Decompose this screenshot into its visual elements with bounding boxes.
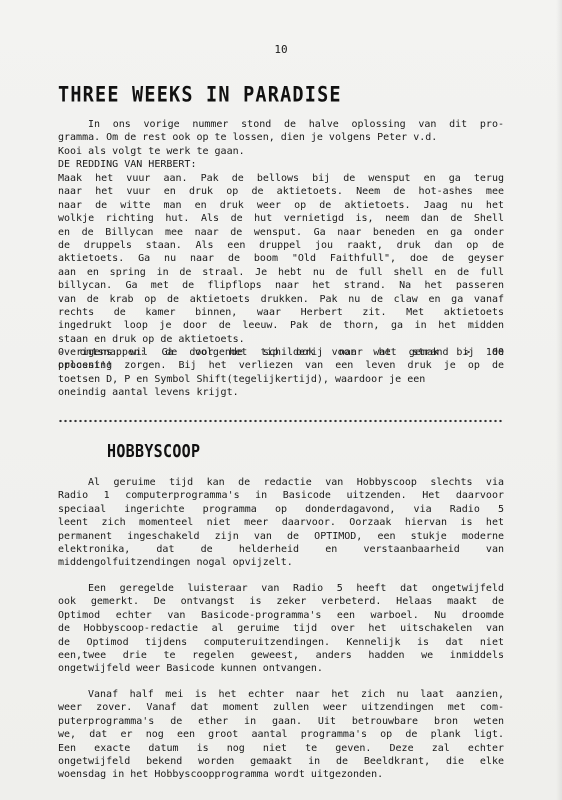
text-line: ingedrukt loop je door de leeuw. Pak de … [58, 319, 504, 332]
text-line: elektronika, dat de helderheid en versta… [58, 543, 504, 556]
text-line: staan en druk op de aktietoets. [58, 333, 504, 346]
text-line: naar de witte man en druk weer op de akt… [58, 199, 504, 212]
text-line: Optimod echter van Basicode-programma's … [58, 609, 504, 622]
text-line: Vanaf half mei is het echter naar het zi… [58, 688, 504, 701]
text-line: Kooi als volgt te werk te gaan. [58, 145, 504, 158]
text-line: rechts de kamer binnen, waar Herbert zit… [58, 306, 504, 319]
text-line: DE REDDING VAN HERBERT: [58, 158, 504, 171]
text-line: een,twee drie te regelen geweest, anders… [58, 649, 504, 662]
text-line: van de krab op de aktietoets drukken. Pa… [58, 293, 504, 306]
text-line: Een geregelde luisteraar van Radio 5 hee… [58, 582, 504, 595]
text-line: ongetwijfeld weer Basicode kunnen ontvan… [58, 662, 504, 675]
page-number: 10 [0, 43, 562, 56]
text-line: de Optimod tijdens computeruitzendingen.… [58, 636, 504, 649]
article1-tip: Overigens wil de volgende tip ook voor w… [58, 346, 504, 400]
article2-paragraph-3: Vanaf half mei is het echter naar het zi… [58, 688, 504, 782]
text-line: de Hobbyscoop-redactie al geruime tijd o… [58, 622, 504, 635]
article-title-three-weeks: THREE WEEKS IN PARADISE [58, 83, 342, 107]
section-divider [58, 419, 504, 423]
page-edge-shadow [556, 0, 562, 800]
text-line: Radio 1 computerprogramma's in Basicode … [58, 489, 504, 502]
text-line: billycan. Ga met de flipflops naar het s… [58, 279, 504, 292]
text-line: oplossing zorgen. Bij het verliezen van … [58, 359, 504, 372]
text-line: toetsen D, P en Symbol Shift(tegelijkert… [58, 373, 504, 386]
text-line: wolkje richting hut. Als de hut vernieti… [58, 212, 504, 225]
text-line: speciaal ingerichte programma op donderd… [58, 503, 504, 516]
text-line: leent zich momenteel niet meer daarvoor.… [58, 516, 504, 529]
text-line: gramma. Om de rest ook op te lossen, die… [58, 131, 504, 144]
text-line: woensdag in het Hobbyscoopprogramma word… [58, 768, 504, 781]
text-line: ook gemerkt. De ontvangst is zeker verbe… [58, 595, 504, 608]
article-title-hobbyscoop: HOBBYSCOOP [107, 440, 200, 462]
magazine-page: 10 THREE WEEKS IN PARADISE In ons vorige… [0, 0, 562, 800]
text-line: de druppels staan. Als een druppel jou r… [58, 239, 504, 252]
text-line: en de Billycan mee naar de wensput. Ga n… [58, 226, 504, 239]
text-line: In ons vorige nummer stond de halve oplo… [58, 118, 504, 131]
text-line: middengolfuitzendingen nogal opvijzelt. [58, 556, 504, 569]
text-line: weer zover. Vanaf dat moment zullen weer… [58, 701, 504, 714]
text-line: aan en spring in de straal. Je hebt nu d… [58, 266, 504, 279]
text-line: Maak het vuur aan. Pak de bellows bij de… [58, 172, 504, 185]
text-line: ongetwijfeld bekend worden gemaakt in de… [58, 755, 504, 768]
article2-paragraph-1: Al geruime tijd kan de redactie van Hobb… [58, 476, 504, 570]
text-line: oneindig aantal levens krijgt. [58, 386, 504, 399]
text-line: we, dat er nog een groot aantal programm… [58, 728, 504, 741]
text-line: permanent ingeschakeld zijn van de OPTIM… [58, 530, 504, 543]
text-line: Al geruime tijd kan de redactie van Hobb… [58, 476, 504, 489]
article1-intro: In ons vorige nummer stond de halve oplo… [58, 118, 504, 172]
text-line: Overigens wil de volgende tip ook voor w… [58, 346, 504, 359]
text-line: naar het vuur en druk op de aktietoets. … [58, 185, 504, 198]
text-line: aktietoets. Ga nu naar de boom "Old Fait… [58, 252, 504, 265]
article2-paragraph-2: Een geregelde luisteraar van Radio 5 hee… [58, 582, 504, 676]
text-line: puterprogramma's de ether in gaan. Uit b… [58, 715, 504, 728]
article1-solution: Maak het vuur aan. Pak de bellows bij de… [58, 172, 504, 373]
text-line: Een exacte datum is nog niet te geven. D… [58, 742, 504, 755]
